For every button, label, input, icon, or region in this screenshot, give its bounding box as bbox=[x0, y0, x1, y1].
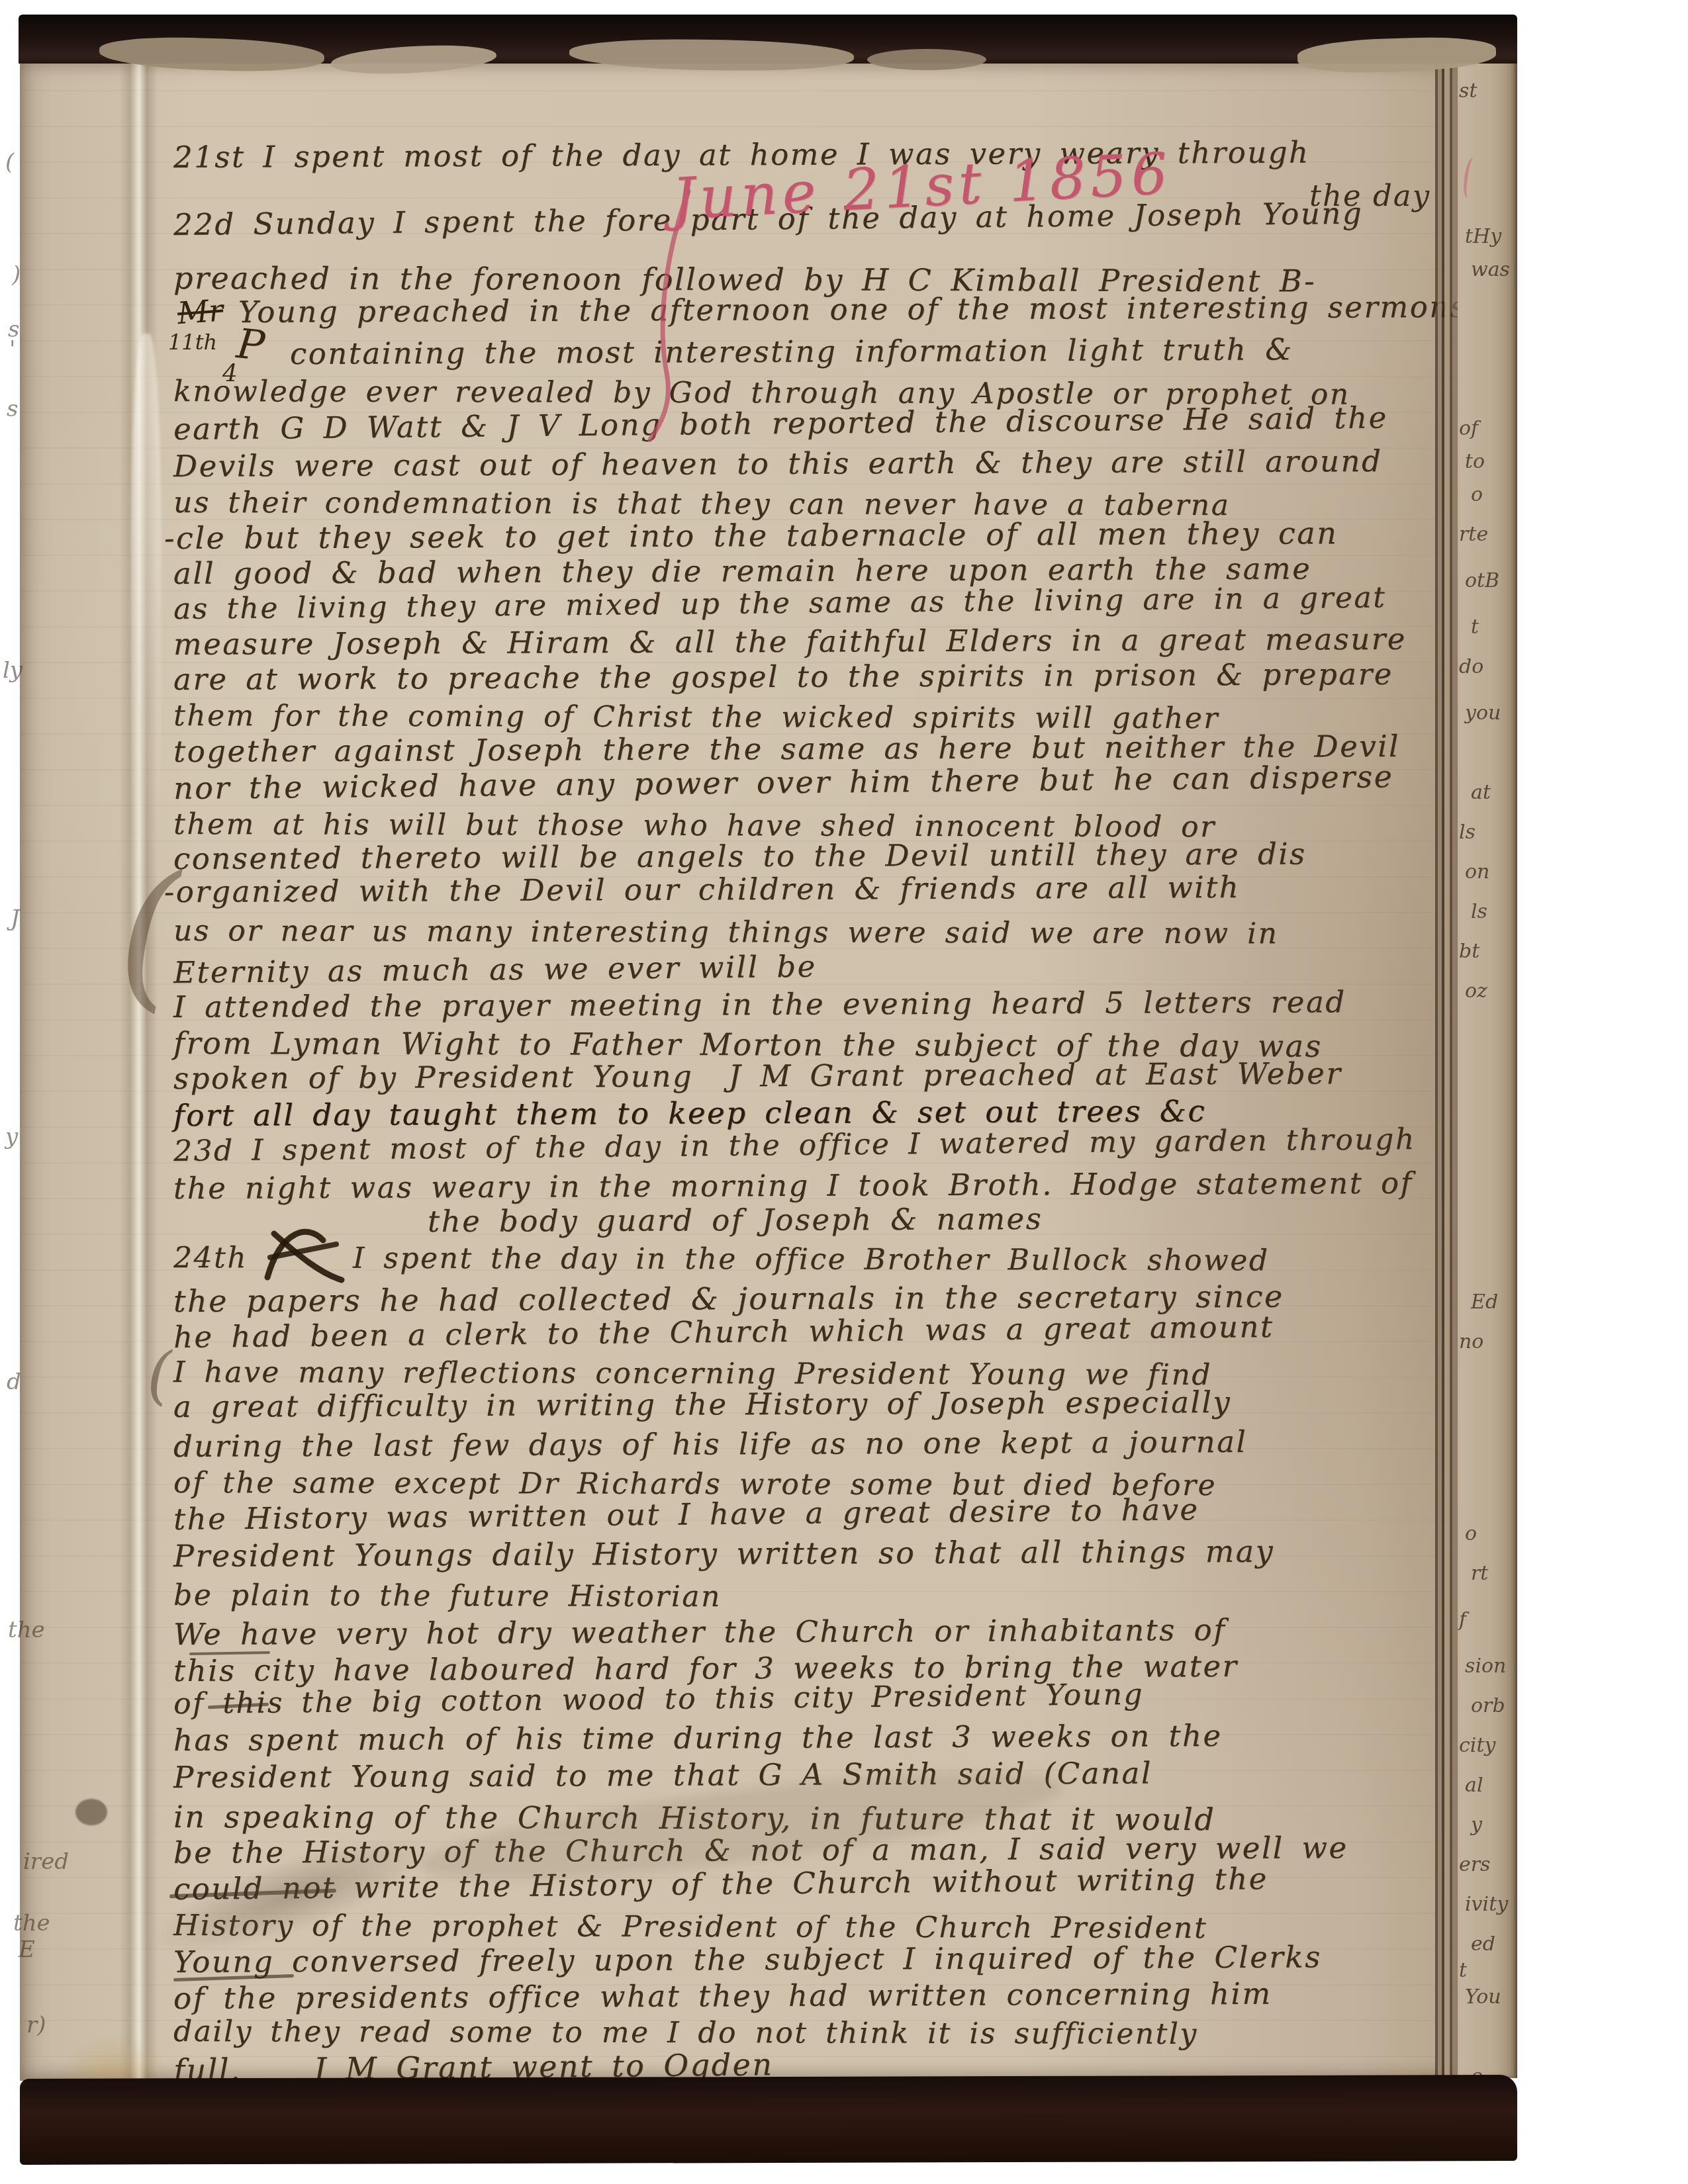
manuscript-line: are at work to preache the gospel to the… bbox=[173, 657, 1393, 697]
manuscript-line: spoken of by President Young J M Grant p… bbox=[173, 1056, 1342, 1096]
manuscript-line: us or near us many interesting things we… bbox=[173, 914, 1279, 951]
edge-fragment: no bbox=[1459, 1330, 1483, 1353]
edge-fragment: f bbox=[1459, 1608, 1466, 1631]
edge-fragment: y bbox=[1471, 1813, 1482, 1837]
ink-scribble bbox=[259, 1216, 352, 1293]
edge-fragment: You bbox=[1465, 1985, 1501, 2009]
manuscript-line: Eternity as much as we ever will be bbox=[173, 950, 817, 990]
manuscript-line: a great difficulty in writing the Histor… bbox=[173, 1385, 1231, 1424]
edge-fragment: orb bbox=[1471, 1694, 1505, 1717]
edge-fragment: sion bbox=[1465, 1655, 1506, 1678]
book-cover-bottom bbox=[20, 2075, 1517, 2165]
struck-word: Mr bbox=[176, 293, 224, 332]
paper-crease-shine bbox=[131, 334, 162, 903]
margin-fragment: s bbox=[7, 396, 18, 422]
manuscript-line: President Youngs daily History written s… bbox=[173, 1534, 1274, 1573]
margin-fragment: the bbox=[13, 1910, 50, 1936]
edge-fragment: to bbox=[1465, 450, 1485, 473]
edge-fragment: ivity bbox=[1465, 1893, 1508, 1916]
edge-fragment: of bbox=[1459, 417, 1478, 440]
manuscript-line: Devils were cast out of heaven to this e… bbox=[173, 444, 1383, 484]
page-edge-lines bbox=[1435, 52, 1458, 2078]
edge-fragment: al bbox=[1465, 1774, 1483, 1797]
margin-fragment: J bbox=[11, 905, 20, 932]
manuscript-line: of the presidents office what they had w… bbox=[173, 1977, 1272, 2016]
manuscript-line: daily they read some to me I do not thin… bbox=[173, 2015, 1198, 2052]
margin-fragment: ) bbox=[12, 261, 21, 288]
manuscript-line: measure Joseph & Hiram & all the faithfu… bbox=[173, 622, 1407, 662]
margin-fragment: y bbox=[5, 1124, 18, 1150]
journal-page-paper: 21st I spent most of the day at home I w… bbox=[20, 56, 1458, 2081]
scanned-journal-page: 21st I spent most of the day at home I w… bbox=[0, 0, 1688, 2184]
edge-fragment: you bbox=[1465, 702, 1501, 725]
manuscript-line: containing the most interesting informat… bbox=[290, 332, 1293, 371]
edge-fragment: bt bbox=[1459, 940, 1479, 963]
manuscript-line: Young preached in the afternoon one of t… bbox=[238, 290, 1467, 330]
manuscript-line: I attended the prayer meeting in the eve… bbox=[173, 985, 1346, 1024]
margin-note-11th: 11th bbox=[168, 330, 217, 355]
margin-fragment: d bbox=[7, 1369, 21, 1395]
edge-fragment: do bbox=[1459, 655, 1483, 678]
edge-fragment: was bbox=[1471, 258, 1510, 281]
edge-fragment: st bbox=[1459, 79, 1477, 103]
manuscript-line: has spent much of his time during the la… bbox=[173, 1719, 1223, 1758]
binding-fabric-fray bbox=[867, 49, 986, 70]
edge-fragment: at bbox=[1471, 781, 1491, 804]
edge-fragment: Ed bbox=[1471, 1291, 1498, 1314]
edge-fragment: tHy bbox=[1465, 225, 1501, 248]
margin-fragment: ired bbox=[23, 1848, 69, 1875]
margin-note-4: 4 bbox=[222, 360, 238, 387]
edge-fragment: o bbox=[1465, 1522, 1477, 1545]
manuscript-line: We have very hot dry weather the Church … bbox=[173, 1613, 1226, 1652]
line1-continuation: the day bbox=[1309, 178, 1430, 213]
edge-fragment: o bbox=[1471, 483, 1483, 506]
margin-fragment: E bbox=[19, 1936, 35, 1963]
edge-fragment: oz bbox=[1465, 979, 1487, 1003]
edge-fragment: t bbox=[1459, 1959, 1467, 1982]
edge-fragment: ed bbox=[1471, 1933, 1495, 1956]
ink-blot bbox=[75, 1799, 107, 1825]
manuscript-line: -cle but they seek to get into the taber… bbox=[164, 516, 1338, 555]
manuscript-line: be plain to the future Historian bbox=[173, 1578, 722, 1614]
manuscript-line: the night was weary in the morning I too… bbox=[173, 1166, 1413, 1206]
edge-fragment: ls bbox=[1459, 821, 1476, 844]
edge-fragment: ls bbox=[1471, 900, 1487, 923]
edge-fragment: rt bbox=[1471, 1562, 1488, 1585]
edge-fragment: on bbox=[1465, 860, 1489, 884]
margin-fragment: the bbox=[8, 1617, 45, 1643]
edge-fragment: rte bbox=[1459, 523, 1488, 546]
edge-fragment: city bbox=[1459, 1734, 1495, 1757]
margin-fragment: ly bbox=[3, 657, 23, 684]
margin-fragment: r) bbox=[26, 2012, 46, 2038]
margin-fragment: ( bbox=[5, 149, 14, 175]
margin-note-flourish: P bbox=[234, 319, 267, 370]
manuscript-line: Young conversed freely upon the subject … bbox=[173, 1940, 1322, 1979]
margin-fragment: ' bbox=[9, 336, 15, 363]
edge-fragment: ers bbox=[1459, 1853, 1491, 1876]
edge-fragment: t bbox=[1471, 615, 1479, 639]
manuscript-line: the body guard of Joseph & names bbox=[428, 1202, 1043, 1239]
manuscript-line: -organized with the Devil our children &… bbox=[164, 870, 1240, 909]
manuscript-line: during the last few days of his life as … bbox=[173, 1425, 1248, 1464]
margin-bracket: ( bbox=[147, 1343, 171, 1407]
edge-fragment: otB bbox=[1465, 569, 1499, 592]
